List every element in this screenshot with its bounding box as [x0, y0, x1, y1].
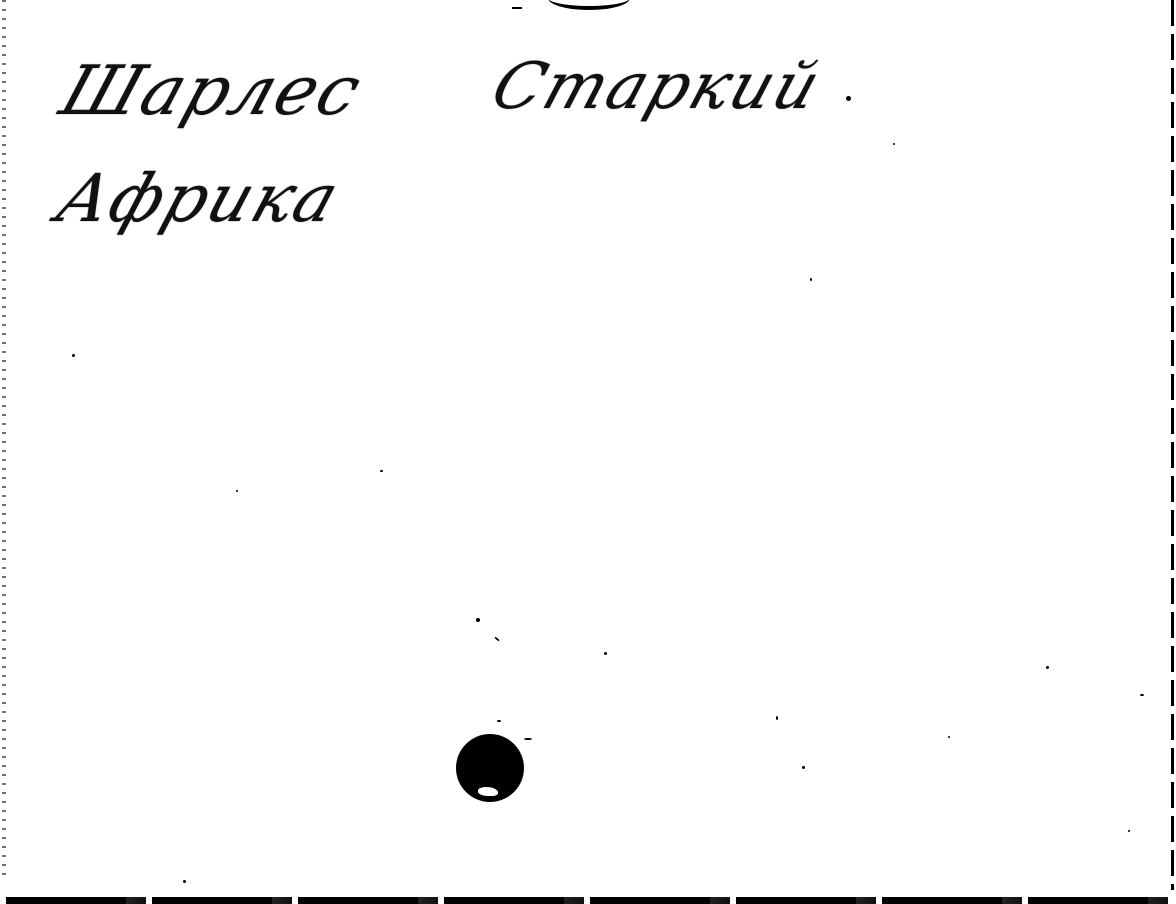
scan-speck: [1046, 666, 1049, 669]
scan-speck: [236, 490, 238, 492]
scan-speck: [380, 470, 383, 472]
scan-speck: [893, 143, 895, 145]
handwritten-word-2: Старкий: [483, 50, 830, 124]
scan-speck: [948, 736, 950, 738]
scan-speck: [604, 652, 607, 655]
handwritten-line-2: Африка: [47, 160, 349, 237]
scanned-card: Шарлес Старкий Африка: [0, 0, 1176, 904]
hole-punch-icon: [456, 734, 524, 802]
handwritten-word-1: Шарлес: [51, 52, 372, 131]
top-arc-mark: [548, 0, 630, 10]
scan-speck: [1128, 830, 1130, 832]
bottom-scan-edge: [6, 897, 1174, 904]
scan-speck: [494, 636, 500, 641]
top-dash-mark: [512, 7, 522, 9]
scan-speck: [776, 716, 778, 720]
scan-speck: [497, 720, 501, 722]
scan-speck: [476, 618, 480, 622]
scan-speck: [524, 738, 532, 740]
scan-speck: [72, 354, 75, 357]
scan-speck: [802, 766, 805, 769]
scan-speck: [1140, 694, 1144, 696]
period-mark: [846, 96, 851, 101]
scan-speck: [183, 880, 186, 883]
right-scan-edge: [1171, 0, 1174, 890]
left-scan-edge: [2, 0, 6, 880]
scan-speck: [810, 278, 812, 281]
